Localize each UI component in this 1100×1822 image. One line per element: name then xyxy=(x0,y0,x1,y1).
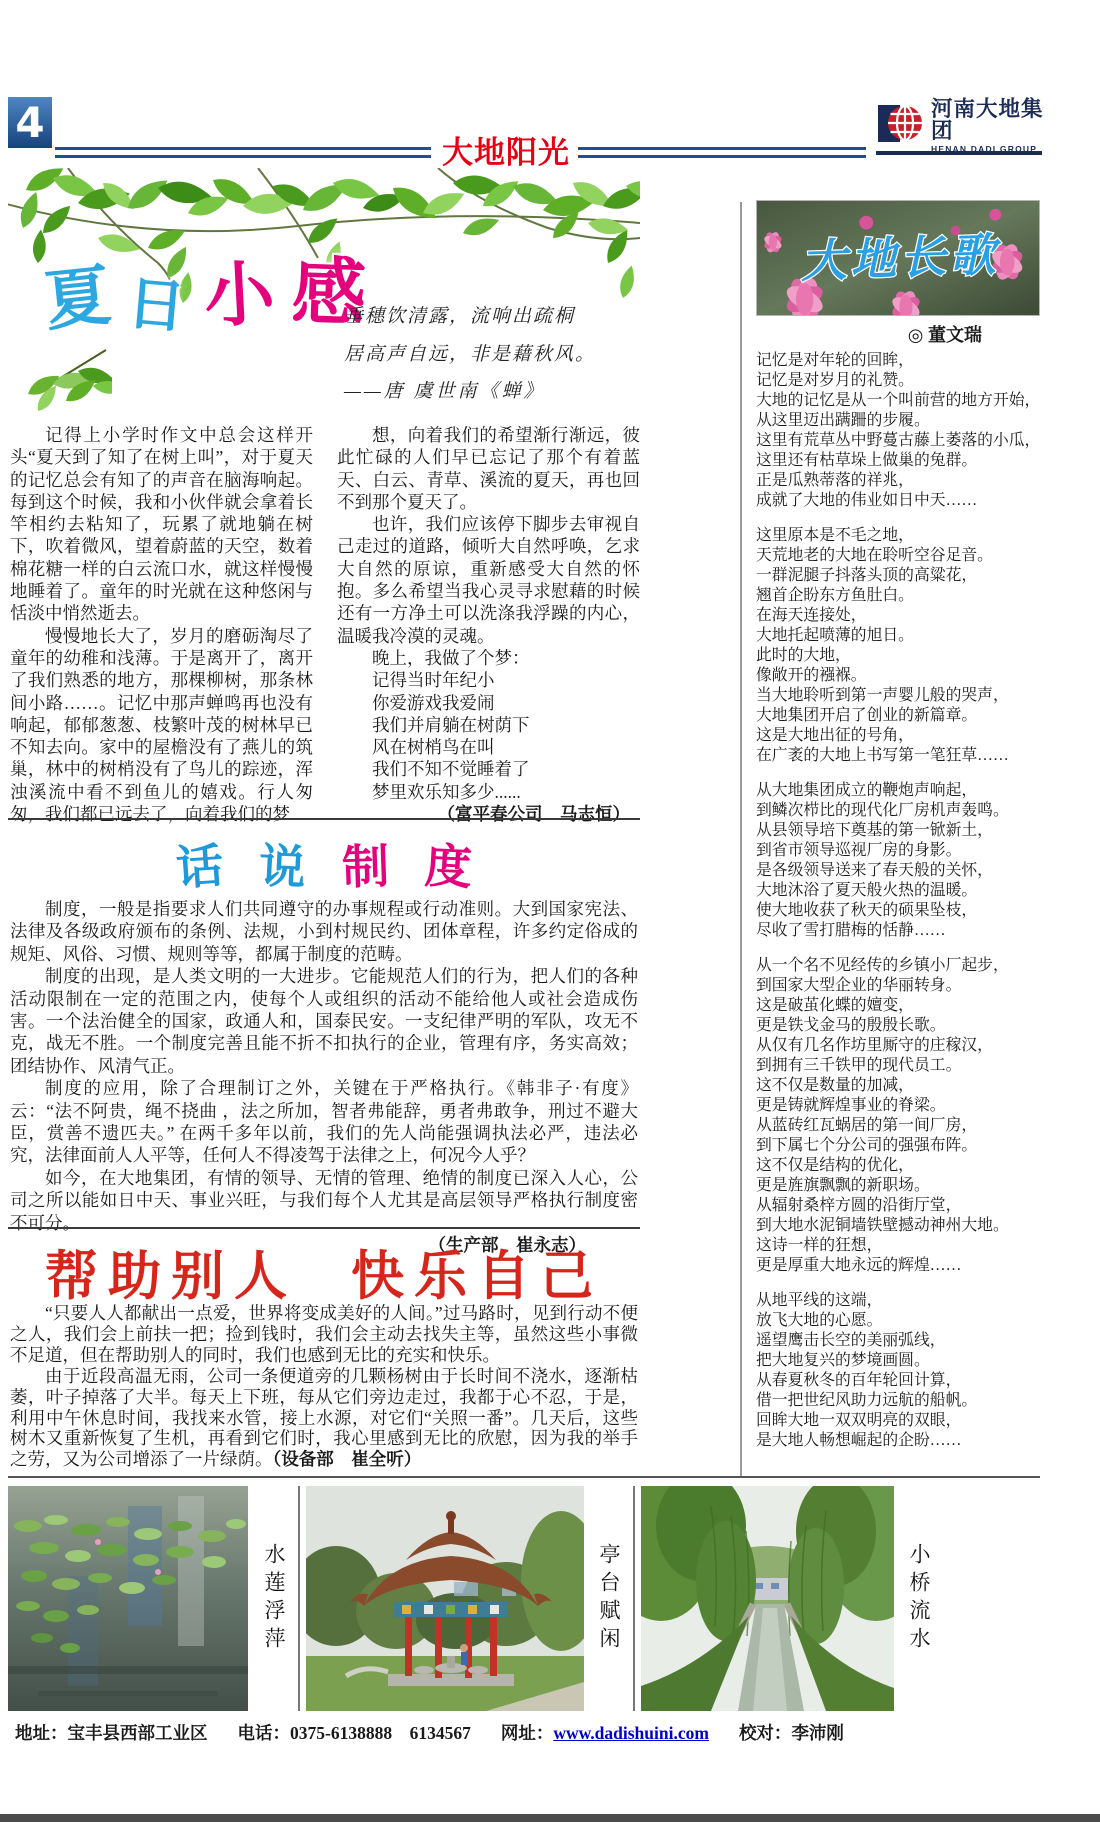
song-poem-line: 到下属七个分公司的强强布阵。 xyxy=(756,1136,1048,1156)
dream-poem: 记得当时年纪小你爱游戏我爱闹我们并肩躺在树荫下风在树梢鸟在叫我们不知不觉睡着了梦… xyxy=(337,669,640,803)
song-poem-line: 当大地聆听到第一声婴儿般的哭声， xyxy=(756,686,1048,706)
title-char: 话 xyxy=(174,828,226,898)
footer-website: 网址：www.dadishuini.com xyxy=(501,1720,709,1745)
song-poem-line: 天荒地老的大地在聆听空谷足音。 xyxy=(756,546,1048,566)
paragraph: 晚上，我做了个梦： xyxy=(337,647,640,669)
title-part: 快乐自己 xyxy=(351,1234,603,1310)
song-poem-line: 更是铁戈金马的殷殷长歌。 xyxy=(756,1016,1048,1036)
song-poem-line: 到省市领导巡视厂房的身影。 xyxy=(756,841,1048,861)
dream-poem-line: 我们并肩躺在树荫下 xyxy=(337,714,640,736)
leaf-cluster-image xyxy=(8,346,112,428)
song-poem-line: 到国家大型企业的华丽转身。 xyxy=(756,976,1048,996)
song-poem-line: 翘首企盼东方鱼肚白。 xyxy=(756,586,1048,606)
song-poem-line: 从地平线的这端， xyxy=(756,1291,1048,1311)
song-poem-line: 从辐射桑梓方圆的沿街厅堂， xyxy=(756,1196,1048,1216)
globe-icon xyxy=(878,103,924,150)
dream-poem-line: 我们不知不觉睡着了 xyxy=(337,758,640,780)
song-poem-line: 是各级领导送来了春天般的关怀， xyxy=(756,861,1048,881)
song-poem-line: 大地的记忆是从一个叫前营的地方开始， xyxy=(756,391,1048,411)
cicada-poem-epigraph: 垂穗饮清露，流响出疏桐 居高声自远，非是藉秋风。 ——唐 虞世南《蝉》 xyxy=(344,298,636,410)
song-poem-line: 大地沐浴了夏天般火热的温暖。 xyxy=(756,881,1048,901)
song-poem-line: 这里还有枯草垛上做巢的兔群。 xyxy=(756,451,1048,471)
song-poem-line: 在广袤的大地上书写第一笔狂草…… xyxy=(756,746,1048,766)
song-banner-image: 大地长歌 xyxy=(756,200,1040,316)
proofreader-value: 李沛刚 xyxy=(791,1723,844,1743)
footer-proofreader: 校对：李沛刚 xyxy=(739,1720,844,1745)
title-char: 日 xyxy=(124,256,189,345)
song-poem-line xyxy=(756,1276,1048,1291)
paragraph: 记得上小学时作文中总会这样开头“夏天到了知了在树上叫”，对于夏天的记忆总会有知了… xyxy=(10,424,313,625)
song-poem-line: 到鳞次栉比的现代化厂房机声轰鸣。 xyxy=(756,801,1048,821)
epigraph-line: 垂穗饮清露，流响出疏桐 xyxy=(344,298,636,336)
song-poem-line: 正是瓜熟蒂落的祥兆， xyxy=(756,471,1048,491)
dream-poem-line: 记得当时年纪小 xyxy=(337,669,640,691)
song-poem-line: 大地集团开启了创业的新篇章。 xyxy=(756,706,1048,726)
song-poem-line: 到拥有三千铁甲的现代员工。 xyxy=(756,1056,1048,1076)
song-poem-line: 从大地集团成立的鞭炮声响起， xyxy=(756,781,1048,801)
footer-address: 地址：宝丰县西部工业区 xyxy=(15,1720,208,1745)
epigraph-line: 居高声自远，非是藉秋风。 xyxy=(344,336,636,374)
song-poem-line: 大地托起喷薄的旭日。 xyxy=(756,626,1048,646)
photo-lotus-pond xyxy=(8,1486,248,1711)
song-poem-line: 这诗一样的狂想， xyxy=(756,1236,1048,1256)
dream-poem-line: 风在树梢鸟在叫 xyxy=(337,736,640,758)
song-poem-line xyxy=(756,766,1048,781)
section-divider xyxy=(8,1227,640,1229)
page-bottom-bar xyxy=(0,1814,1100,1822)
paragraph: “只要人人都献出一点爱，世界将变成美好的人间。”过马路时，见到行动不便之人，我们… xyxy=(10,1303,638,1366)
song-poem-line: 这是大地出征的号角， xyxy=(756,726,1048,746)
song-poem-line: 到大地水泥铜墙铁壁撼动神州大地。 xyxy=(756,1216,1048,1236)
title-char: 度 xyxy=(423,829,473,898)
photo-caption: 亭台赋闲 xyxy=(586,1486,632,1711)
header-rule-left xyxy=(55,147,431,158)
dream-poem-line: 梦里欢乐知多少...... xyxy=(337,781,640,803)
title-char: 制 xyxy=(341,829,390,898)
song-poem-line: 借一把世纪风助力远航的船帆。 xyxy=(756,1391,1048,1411)
help-article-signature: （设备部 崔全听） xyxy=(273,1449,422,1469)
song-poem-line: 在海天连接处， xyxy=(756,606,1048,626)
logo-underline xyxy=(876,151,1042,155)
page-number: 4 xyxy=(8,97,52,148)
phone-label: 电话： xyxy=(238,1723,291,1743)
title-char: 说 xyxy=(257,829,307,898)
song-poem-line: 记忆是对岁月的礼赞。 xyxy=(756,371,1048,391)
song-poem-line: 这不仅是结构的优化， xyxy=(756,1156,1048,1176)
song-poem-line: 是大地人畅想崛起的企盼…… xyxy=(756,1431,1048,1451)
system-article-body: 制度，一般是指要求人们共同遵守的办事规程或行动准则。大到国家宪法、法律及各级政府… xyxy=(10,898,638,1257)
address-label: 地址： xyxy=(15,1723,68,1743)
song-poem: 记忆是对年轮的回眸，记忆是对岁月的礼赞。大地的记忆是从一个叫前营的地方开始，从这… xyxy=(756,351,1048,1451)
song-poem-line: 放飞大地的心愿。 xyxy=(756,1311,1048,1331)
photo-divider xyxy=(298,1486,300,1711)
song-poem-line: 一群泥腿子抖落头顶的高粱花， xyxy=(756,566,1048,586)
phone-value: 0375-6138888 6134567 xyxy=(290,1723,471,1743)
help-article-body: “只要人人都献出一点爱，世界将变成美好的人间。”过马路时，见到行动不便之人，我们… xyxy=(10,1303,638,1470)
song-author: ◎ 董文瑞 xyxy=(756,321,1040,347)
summer-article-column-left: 记得上小学时作文中总会这样开头“夏天到了知了在树上叫”，对于夏天的记忆总会有知了… xyxy=(10,424,313,825)
song-poem-line: 更是铸就辉煌事业的脊梁。 xyxy=(756,1096,1048,1116)
paragraph: 由于近段高温无雨，公司一条便道旁的几颗杨树由于长时间不浇水，逐渐枯萎，叶子掉落了… xyxy=(10,1366,638,1471)
song-banner-title: 大地长歌 xyxy=(800,230,1003,287)
photos-divider xyxy=(8,1476,1040,1478)
song-poem-line xyxy=(756,941,1048,956)
footer-contact-line: 地址：宝丰县西部工业区 电话：0375-6138888 6134567 网址：w… xyxy=(15,1720,1030,1745)
help-article-title: 帮助别人 快乐自己 xyxy=(8,1234,640,1310)
song-poem-line: 像敞开的襁褓。 xyxy=(756,666,1048,686)
summer-article-title: 夏 日 小 感 xyxy=(44,234,366,340)
paragraph: 制度，一般是指要求人们共同遵守的办事规程或行动准则。大到国家宪法、法律及各级政府… xyxy=(10,898,638,965)
paragraph: 制度的出现，是人类文明的一大进步。它能规范人们的行为，把人们的各种活动限制在一定… xyxy=(10,965,638,1077)
proofreader-label: 校对： xyxy=(739,1723,792,1743)
song-poem-line: 成就了大地的伟业如日中天…… xyxy=(756,491,1048,511)
summer-article-signature: （富平春公司 马志恒） xyxy=(337,803,640,825)
masthead-title: 大地阳光 xyxy=(428,127,584,172)
paragraph: 慢慢地长大了，岁月的磨砺淘尽了童年的幼稚和浅薄。于是离开了，离开了我们熟悉的地方… xyxy=(10,625,313,826)
photo-caption: 小桥流水 xyxy=(896,1486,942,1711)
dream-poem-line: 你爱游戏我爱闹 xyxy=(337,692,640,714)
photo-canal-willows xyxy=(641,1486,894,1711)
website-link[interactable]: www.dadishuini.com xyxy=(553,1723,709,1743)
system-article-title: 话 说 制 度 xyxy=(8,830,640,897)
song-poem-line: 从一个名不见经传的乡镇小厂起步， xyxy=(756,956,1048,976)
title-char: 夏 xyxy=(39,242,115,343)
song-poem-line: 记忆是对年轮的回眸， xyxy=(756,351,1048,371)
logo-text: 河南大地集团 HENAN DADI GROUP xyxy=(931,99,1044,154)
header-rule-right xyxy=(578,147,866,158)
song-poem-line xyxy=(756,511,1048,526)
song-poem-line: 尽收了雪打腊梅的恬静…… xyxy=(756,921,1048,941)
song-poem-line: 这不仅是数量的加减， xyxy=(756,1076,1048,1096)
title-part: 帮助别人 xyxy=(45,1234,297,1310)
website-label: 网址： xyxy=(501,1723,554,1743)
section-divider xyxy=(8,818,640,820)
paragraph: 如今，在大地集团，有情的领导、无情的管理、绝情的制度已深入人心，公司之所以能如日… xyxy=(10,1167,638,1234)
song-poem-line: 这里原本是不毛之地， xyxy=(756,526,1048,546)
song-poem-line: 把大地复兴的梦境画圆。 xyxy=(756,1351,1048,1371)
title-char: 小 xyxy=(201,237,276,342)
paragraph: 想，向着我们的希望渐行渐远，彼此忙碌的人们早已忘记了那个有着蓝天、白云、青草、溪… xyxy=(337,424,640,513)
song-poem-line: 从这里迈出蹒跚的步履。 xyxy=(756,411,1048,431)
paragraph: 也许，我们应该停下脚步去审视自己走过的道路，倾听大自然呼唤，乞求大自然的原谅，重… xyxy=(337,513,640,647)
song-poem-line: 遥望鹰击长空的美丽弧线， xyxy=(756,1331,1048,1351)
column-divider xyxy=(740,202,742,1476)
song-poem-line: 从春夏秋冬的百年轮回计算， xyxy=(756,1371,1048,1391)
song-poem-line: 从县领导培下奠基的第一锨新土， xyxy=(756,821,1048,841)
photo-pavilion xyxy=(306,1486,584,1711)
photo-divider xyxy=(633,1486,635,1711)
footer-phone: 电话：0375-6138888 6134567 xyxy=(238,1720,471,1745)
song-poem-line: 更是厚重大地永远的辉煌…… xyxy=(756,1256,1048,1276)
summer-article-column-right: 想，向着我们的希望渐行渐远，彼此忙碌的人们早已忘记了那个有着蓝天、白云、青草、溪… xyxy=(337,424,640,825)
epigraph-attribution: ——唐 虞世南《蝉》 xyxy=(344,374,636,410)
photo-caption: 水莲浮萍 xyxy=(250,1486,298,1711)
logo-name-cn: 河南大地集团 xyxy=(931,99,1044,142)
paragraph: 制度的应用，除了合理制订之外，关键在于严格执行。《韩非子·有度》云：“法不阿贵，… xyxy=(10,1077,638,1167)
song-poem-line: 这里有荒草丛中野蔓古藤上萎落的小瓜， xyxy=(756,431,1048,451)
song-poem-line: 从蓝砖红瓦蜗居的第一间厂房， xyxy=(756,1116,1048,1136)
company-logo: 河南大地集团 HENAN DADI GROUP xyxy=(878,103,1044,150)
song-poem-line: 此时的大地， xyxy=(756,646,1048,666)
song-poem-line: 从仅有几名作坊里厮守的庄稼汉， xyxy=(756,1036,1048,1056)
address-value: 宝丰县西部工业区 xyxy=(68,1723,208,1743)
song-poem-line: 这是破茧化蝶的嬗变， xyxy=(756,996,1048,1016)
song-poem-line: 使大地收获了秋天的硕果坠枝， xyxy=(756,901,1048,921)
summer-article-body: 记得上小学时作文中总会这样开头“夏天到了知了在树上叫”，对于夏天的记忆总会有知了… xyxy=(10,424,640,825)
song-poem-line: 回眸大地一双双明亮的双眼， xyxy=(756,1411,1048,1431)
newspaper-page: 4 大地阳光 河南大地集团 HENAN DADI GROUP xyxy=(0,0,1100,1822)
song-poem-line: 更是旌旗飘飘的新职场。 xyxy=(756,1176,1048,1196)
